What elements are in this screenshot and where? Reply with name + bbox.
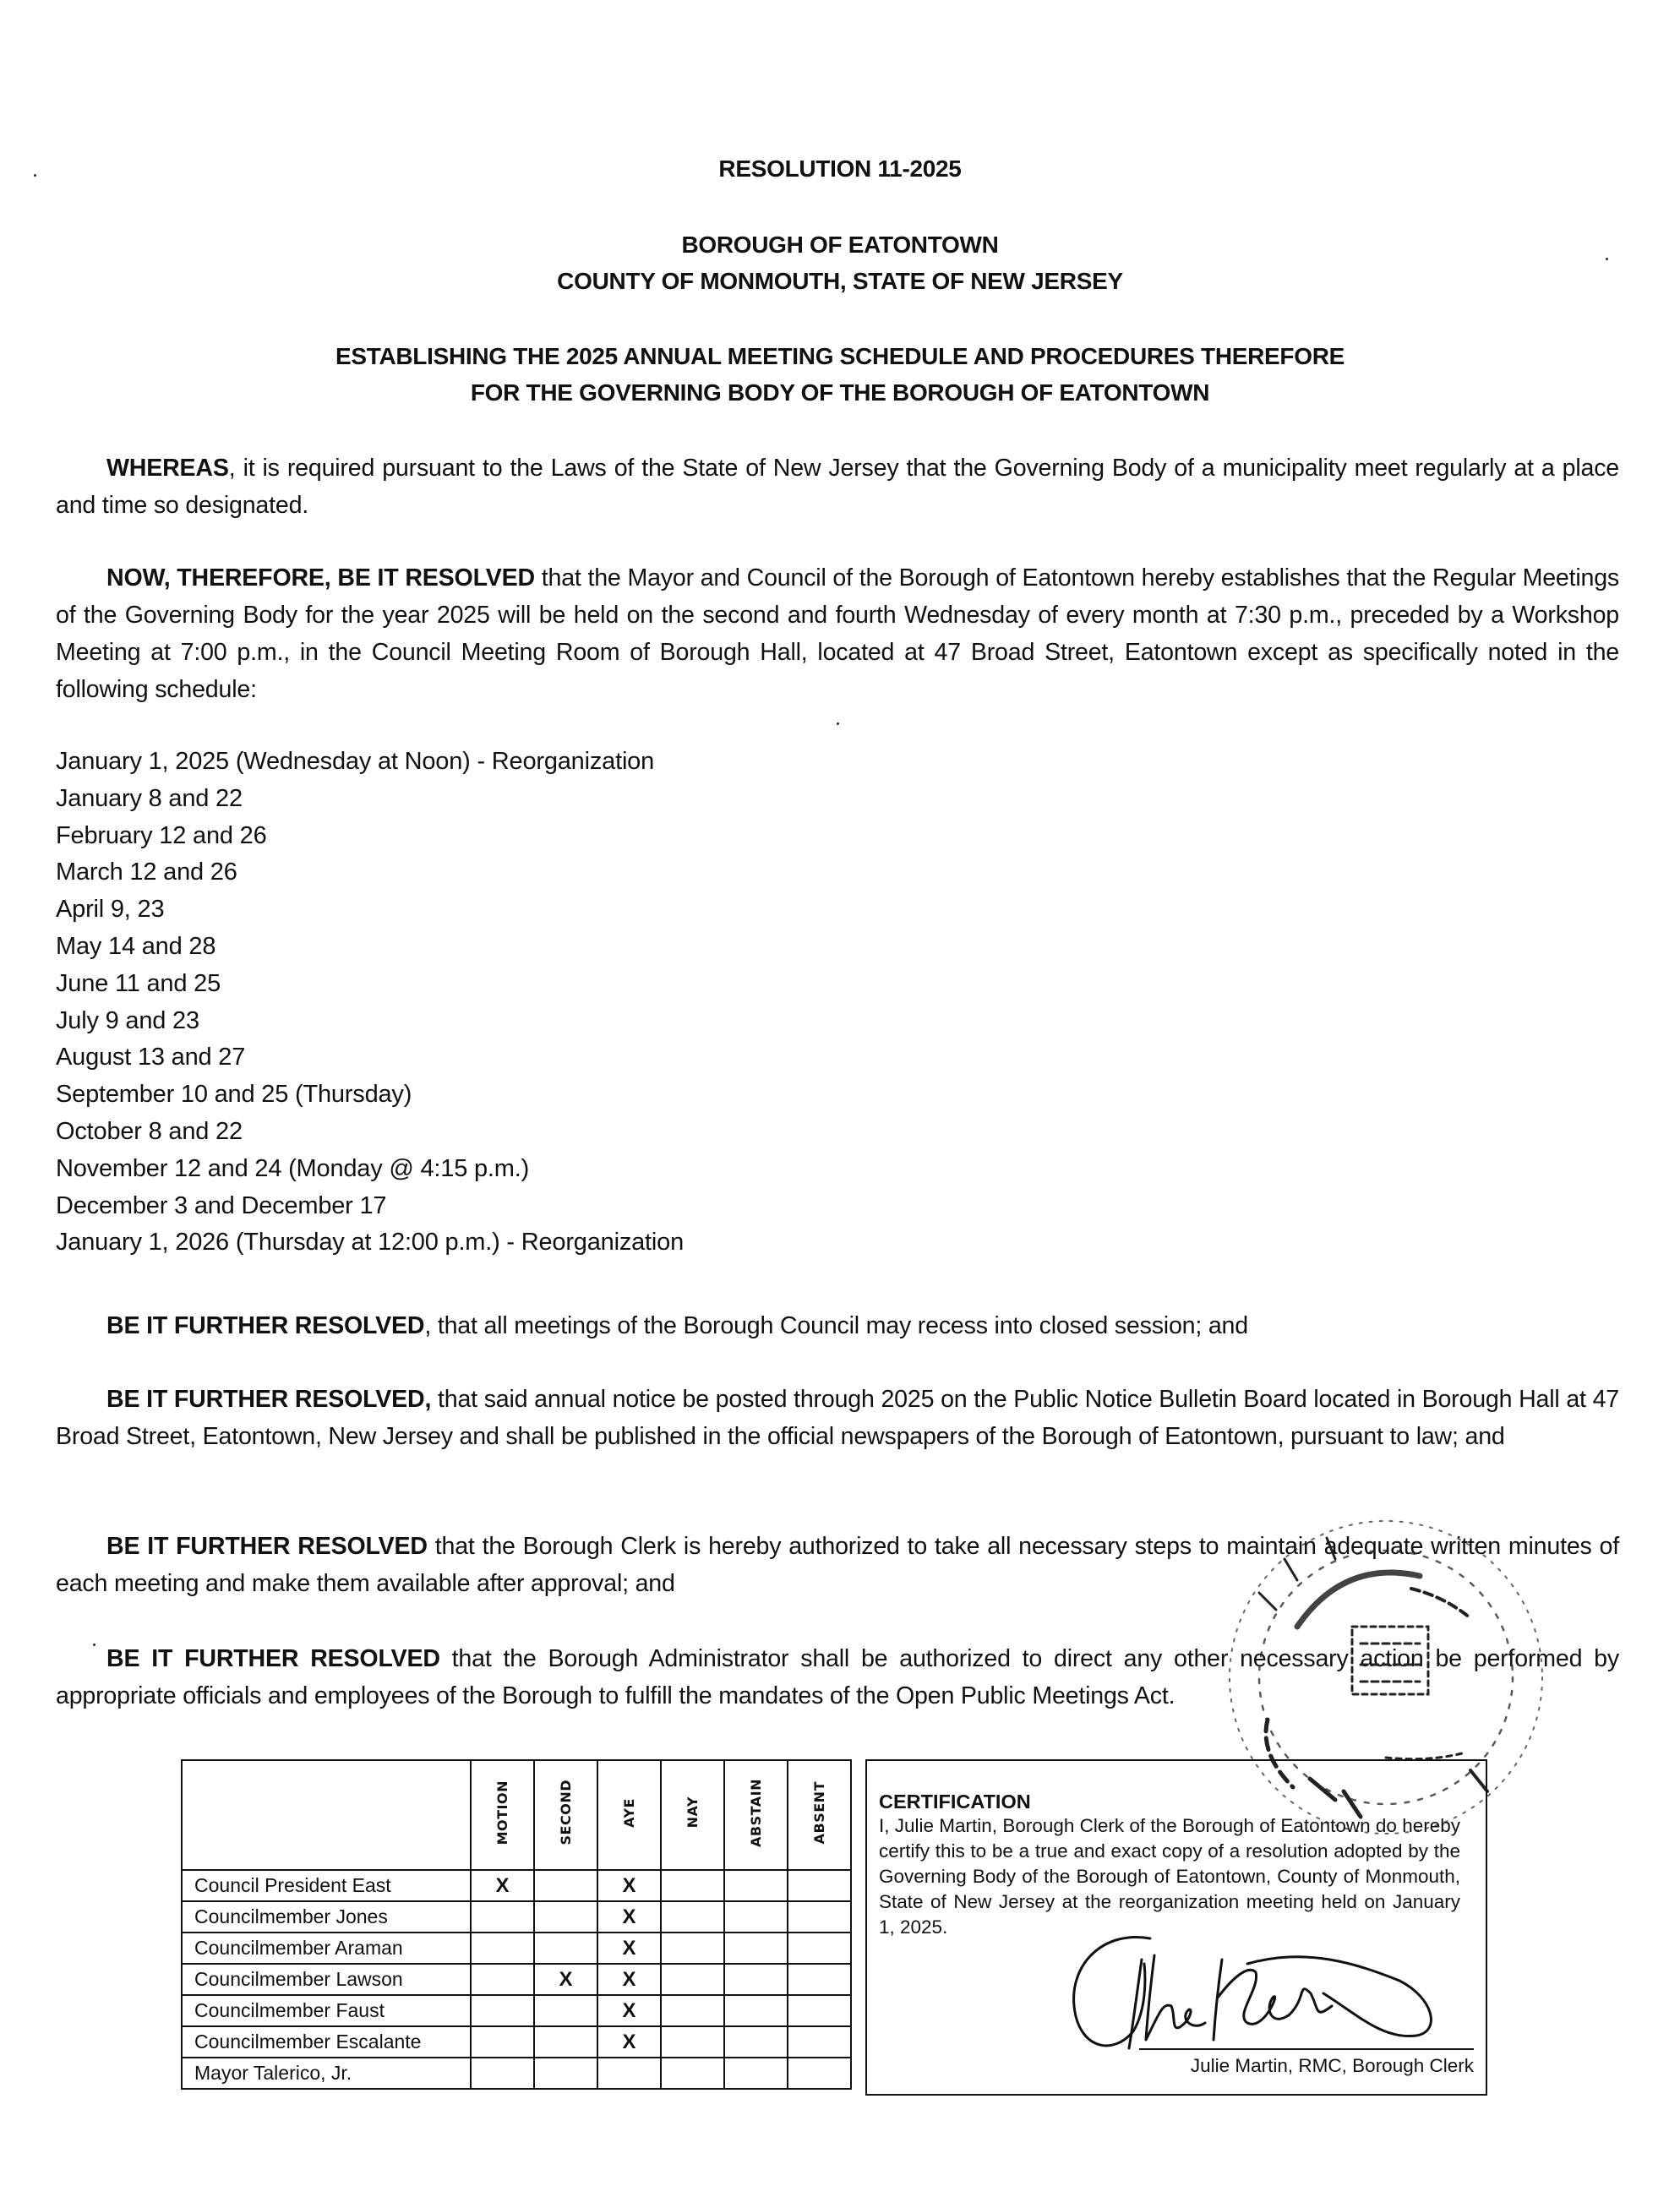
vote-mark: X bbox=[597, 1995, 661, 2026]
vote-mark bbox=[471, 1964, 534, 1995]
table-row: Councilmember Araman X bbox=[182, 1933, 851, 1964]
schedule-item: September 10 and 25 (Thursday) bbox=[56, 1077, 684, 1114]
further-resolved-minutes: BE IT FURTHER RESOLVED that the Borough … bbox=[56, 1528, 1619, 1602]
member-name: Councilmember Faust bbox=[182, 1995, 471, 2026]
vote-mark bbox=[724, 1995, 788, 2026]
table-row: Councilmember Jones X bbox=[182, 1901, 851, 1933]
vote-mark bbox=[661, 1901, 724, 1933]
vote-mark bbox=[534, 1901, 597, 1933]
vote-mark: X bbox=[471, 1870, 534, 1901]
schedule-item: March 12 and 26 bbox=[56, 854, 684, 891]
table-row: Councilmember Escalante X bbox=[182, 2026, 851, 2058]
scan-speck bbox=[34, 174, 36, 177]
vote-mark bbox=[724, 2058, 788, 2089]
vote-mark bbox=[661, 1995, 724, 2026]
vote-mark bbox=[534, 1870, 597, 1901]
vote-mark bbox=[788, 1933, 851, 1964]
schedule-item: October 8 and 22 bbox=[56, 1114, 684, 1151]
vote-mark bbox=[661, 1933, 724, 1964]
scan-speck bbox=[837, 722, 839, 725]
member-name: Council President East bbox=[182, 1870, 471, 1901]
vote-mark bbox=[788, 1995, 851, 2026]
further-resolved-notice: BE IT FURTHER RESOLVED, that said annual… bbox=[56, 1381, 1619, 1455]
column-header-nay: NAY bbox=[661, 1760, 724, 1870]
vote-mark bbox=[788, 1870, 851, 1901]
vote-mark bbox=[471, 1995, 534, 2026]
scan-speck bbox=[1606, 258, 1608, 260]
vote-mark bbox=[724, 1933, 788, 1964]
vote-mark bbox=[724, 1964, 788, 1995]
schedule-item: November 12 and 24 (Monday @ 4:15 p.m.) bbox=[56, 1151, 684, 1188]
member-name: Councilmember Araman bbox=[182, 1933, 471, 1964]
table-row: Mayor Talerico, Jr. bbox=[182, 2058, 851, 2089]
vote-mark bbox=[724, 1901, 788, 1933]
vote-mark bbox=[597, 2058, 661, 2089]
scan-speck bbox=[93, 1644, 95, 1646]
schedule-item: July 9 and 23 bbox=[56, 1003, 684, 1040]
vote-mark bbox=[534, 1933, 597, 1964]
further-resolved-administrator: BE IT FURTHER RESOLVED that the Borough … bbox=[56, 1640, 1619, 1715]
schedule-item: January 1, 2025 (Wednesday at Noon) - Re… bbox=[56, 744, 684, 781]
municipality-name: BOROUGH OF EATONTOWN bbox=[0, 226, 1680, 264]
vote-mark: X bbox=[597, 2026, 661, 2058]
resolution-number: RESOLUTION 11-2025 bbox=[0, 150, 1680, 188]
whereas-text: , it is required pursuant to the Laws of… bbox=[56, 455, 1619, 519]
certification-text: I, Julie Martin, Borough Clerk of the Bo… bbox=[879, 1813, 1460, 1940]
vote-table-header: MOTION SECOND AYE NAY ABSTAIN ABSENT bbox=[182, 1760, 851, 1870]
vote-mark bbox=[534, 2026, 597, 2058]
further-lead: BE IT FURTHER RESOLVED bbox=[106, 1645, 440, 1672]
further-lead: BE IT FURTHER RESOLVED, bbox=[106, 1386, 431, 1413]
schedule-item: June 11 and 25 bbox=[56, 966, 684, 1003]
title-line-2: FOR THE GOVERNING BODY OF THE BOROUGH OF… bbox=[0, 374, 1680, 412]
signature-line bbox=[1139, 2048, 1474, 2050]
vote-mark bbox=[661, 1964, 724, 1995]
vote-mark bbox=[724, 2026, 788, 2058]
column-header-second: SECOND bbox=[534, 1760, 597, 1870]
vote-mark: X bbox=[597, 1901, 661, 1933]
certification-title: CERTIFICATION bbox=[879, 1790, 1460, 1813]
schedule-item: January 8 and 22 bbox=[56, 781, 684, 818]
vote-mark: X bbox=[597, 1870, 661, 1901]
schedule-item: January 1, 2026 (Thursday at 12:00 p.m.)… bbox=[56, 1224, 684, 1262]
column-header-motion: MOTION bbox=[471, 1760, 534, 1870]
certification-box: CERTIFICATION I, Julie Martin, Borough C… bbox=[865, 1759, 1487, 2096]
vote-mark: X bbox=[534, 1964, 597, 1995]
vote-mark bbox=[471, 1901, 534, 1933]
member-name: Councilmember Jones bbox=[182, 1901, 471, 1933]
title-line-1: ESTABLISHING THE 2025 ANNUAL MEETING SCH… bbox=[0, 338, 1680, 375]
schedule-item: February 12 and 26 bbox=[56, 818, 684, 855]
county-state: COUNTY OF MONMOUTH, STATE OF NEW JERSEY bbox=[0, 263, 1680, 300]
vote-mark bbox=[661, 1870, 724, 1901]
vote-mark bbox=[788, 1964, 851, 1995]
further-resolved-closed-session: BE IT FURTHER RESOLVED, that all meeting… bbox=[56, 1307, 1619, 1344]
meeting-schedule-list: January 1, 2025 (Wednesday at Noon) - Re… bbox=[56, 744, 684, 1262]
further-lead: BE IT FURTHER RESOLVED bbox=[106, 1312, 424, 1339]
schedule-item: December 3 and December 17 bbox=[56, 1188, 684, 1225]
whereas-lead: WHEREAS bbox=[106, 455, 229, 482]
vote-mark bbox=[471, 2026, 534, 2058]
vote-mark bbox=[788, 1901, 851, 1933]
vote-mark: X bbox=[597, 1964, 661, 1995]
vote-mark bbox=[661, 2058, 724, 2089]
member-name: Councilmember Lawson bbox=[182, 1964, 471, 1995]
column-header-aye: AYE bbox=[597, 1760, 661, 1870]
table-row: Councilmember Faust X bbox=[182, 1995, 851, 2026]
whereas-paragraph: WHEREAS, it is required pursuant to the … bbox=[56, 450, 1619, 524]
vote-mark bbox=[471, 2058, 534, 2089]
member-name: Mayor Talerico, Jr. bbox=[182, 2058, 471, 2089]
vote-mark bbox=[788, 2026, 851, 2058]
signatory-name: Julie Martin, RMC, Borough Clerk bbox=[1191, 2053, 1474, 2079]
member-name: Councilmember Escalante bbox=[182, 2026, 471, 2058]
schedule-item: August 13 and 27 bbox=[56, 1039, 684, 1077]
vote-mark: X bbox=[597, 1933, 661, 1964]
name-header-cell bbox=[182, 1760, 471, 1870]
vote-mark bbox=[534, 2058, 597, 2089]
now-therefore-paragraph: NOW, THEREFORE, BE IT RESOLVED that the … bbox=[56, 559, 1619, 708]
schedule-item: May 14 and 28 bbox=[56, 929, 684, 966]
column-header-absent: ABSENT bbox=[788, 1760, 851, 1870]
vote-table: MOTION SECOND AYE NAY ABSTAIN ABSENT Cou… bbox=[181, 1759, 852, 2090]
vote-mark bbox=[661, 2026, 724, 2058]
schedule-item: April 9, 23 bbox=[56, 891, 684, 929]
column-header-abstain: ABSTAIN bbox=[724, 1760, 788, 1870]
clerk-signature-icon bbox=[1053, 1930, 1450, 2057]
further-text: , that all meetings of the Borough Counc… bbox=[424, 1312, 1248, 1339]
further-lead: BE IT FURTHER RESOLVED bbox=[106, 1533, 428, 1560]
resolution-page: RESOLUTION 11-2025 BOROUGH OF EATONTOWN … bbox=[0, 0, 1680, 2197]
vote-mark bbox=[788, 2058, 851, 2089]
table-row: Councilmember Lawson X X bbox=[182, 1964, 851, 1995]
vote-mark bbox=[471, 1933, 534, 1964]
vote-mark bbox=[724, 1870, 788, 1901]
now-therefore-lead: NOW, THEREFORE, BE IT RESOLVED bbox=[106, 564, 535, 591]
table-row: Council President East X X bbox=[182, 1870, 851, 1901]
vote-mark bbox=[534, 1995, 597, 2026]
